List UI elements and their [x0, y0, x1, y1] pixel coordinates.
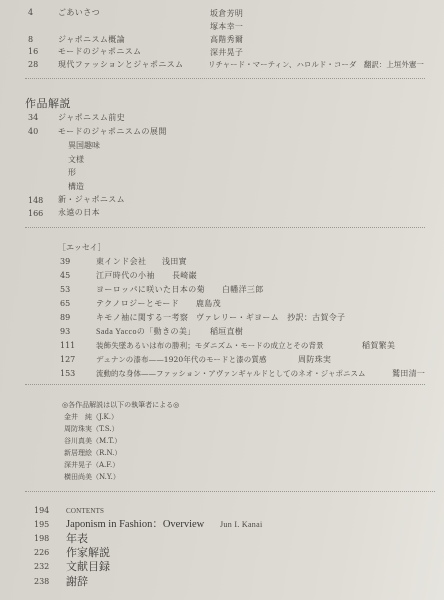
page-number: 153 — [60, 369, 75, 379]
dotted-divider — [25, 78, 425, 79]
contributors-heading: ◎各作品解説は以下の執筆者による◎ — [62, 401, 179, 410]
table-of-contents-page: 4 ごあいさつ 坂倉芳明 塚本幸一 8 ジャポニスム概論 高階秀爾 16 モード… — [0, 0, 444, 600]
page-number: 40 — [28, 127, 38, 137]
entry-title: Japonism in Fashion：Overview — [66, 518, 204, 531]
entry-title: 新・ジャポニスム — [58, 195, 125, 205]
page-number: 45 — [60, 271, 70, 281]
page-number: 226 — [34, 548, 49, 558]
sub-item: 形 — [68, 168, 76, 178]
section-heading: 作品解説 — [25, 97, 71, 110]
contributor-name: 深井晃子（A.F.） — [64, 461, 119, 470]
page-number: 194 — [34, 506, 49, 516]
entry-author: 長崎巌 — [172, 271, 197, 281]
page-number: 198 — [34, 534, 49, 544]
dotted-divider — [25, 227, 425, 228]
contributor-name: 谷川真美（M.T.） — [64, 437, 121, 446]
entry-title: 現代ファッションとジャポニスム — [58, 60, 184, 70]
page-number: 148 — [28, 196, 43, 206]
entry-author: 稲賀繁美 — [362, 341, 395, 351]
page-number: 16 — [28, 47, 38, 57]
sub-item: 文様 — [68, 155, 84, 165]
entry-author: ヴァレリー・ギヨーム 抄訳：古賀令子 — [196, 313, 345, 323]
sub-item: 異国趣味 — [68, 141, 100, 151]
page-number: 127 — [60, 355, 75, 365]
entry-author: リチャード・マーティン、ハロルド・コーダ 翻訳：上垣外憲一 — [208, 60, 424, 70]
page-number: 8 — [28, 35, 33, 45]
contributor-name: 周防珠実（T.S.） — [64, 425, 119, 434]
entry-author: 塚本幸一 — [210, 22, 243, 32]
dotted-divider — [25, 491, 435, 492]
entry-title: デュナンの漆布——1920年代のモードと漆の質感 — [96, 355, 267, 365]
contributor-name: 金井 純（J.K.） — [64, 413, 118, 422]
entry-title: ジャポニスム概論 — [58, 35, 125, 45]
entry-title: 装飾失墜あるいは布の勝利；モダニズム・モードの成立とその背景 — [96, 341, 324, 351]
entry-title: テクノロジーとモード — [96, 299, 179, 309]
contributor-name: 新居理絵（R.N.） — [64, 449, 121, 458]
entry-title: モードのジャポニスム — [58, 47, 142, 57]
entry-title: キモノ袖に関する一考察 — [96, 313, 188, 323]
entry-title: Sada Yaccoの「動きの美」 — [96, 327, 196, 337]
entry-author: Jun I. Kanai — [220, 520, 262, 530]
dotted-divider — [25, 384, 425, 385]
page-number: 89 — [60, 313, 70, 323]
page-number: 65 — [60, 299, 70, 309]
page-number: 111 — [60, 341, 75, 351]
page-number: 34 — [28, 113, 38, 123]
entry-author: 高階秀爾 — [210, 35, 243, 45]
page-number: 93 — [60, 327, 70, 337]
section-heading: ［エッセイ］ — [58, 243, 106, 253]
sub-item: 構造 — [68, 182, 84, 192]
page-number: 4 — [28, 8, 33, 18]
entry-title: ごあいさつ — [58, 8, 100, 18]
page-number: 39 — [60, 257, 70, 267]
entry-author: 白幡洋三郎 — [222, 285, 264, 295]
entry-title: 江戸時代の小袖 — [96, 271, 155, 281]
page-number: 195 — [34, 520, 49, 530]
entry-title: 流動的な身体——ファッション・アヴァンギャルドとしてのネオ・ジャポニスム — [96, 369, 365, 379]
entry-title: CONTENTS — [66, 506, 104, 516]
page-number: 53 — [60, 285, 70, 295]
entry-title: ヨーロッパに咲いた日本の菊 — [96, 285, 205, 295]
entry-title: 作家解説 — [66, 546, 110, 559]
entry-title: 東インド会社 — [96, 257, 146, 267]
contributor-name: 横田尚美（N.Y.） — [64, 473, 120, 482]
entry-title: 年表 — [66, 532, 88, 545]
page-number: 166 — [28, 209, 43, 219]
entry-author: 周防珠実 — [298, 355, 331, 365]
entry-title: モードのジャポニスムの展開 — [58, 127, 167, 137]
entry-title: 文献目録 — [66, 560, 110, 573]
entry-author: 浅田實 — [162, 257, 187, 267]
page-number: 238 — [34, 577, 49, 587]
page-number: 28 — [28, 60, 38, 70]
entry-author: 鷲田清一 — [392, 369, 425, 379]
entry-title: ジャポニスム前史 — [58, 113, 125, 123]
entry-title: 謝辞 — [66, 575, 88, 588]
entry-author: 深井晃子 — [210, 48, 243, 58]
entry-author: 坂倉芳明 — [210, 9, 243, 19]
entry-title: 永遠の日本 — [58, 208, 100, 218]
entry-author: 鹿島茂 — [196, 299, 221, 309]
entry-author: 稲垣直樹 — [210, 327, 243, 337]
page-number: 232 — [34, 562, 49, 572]
